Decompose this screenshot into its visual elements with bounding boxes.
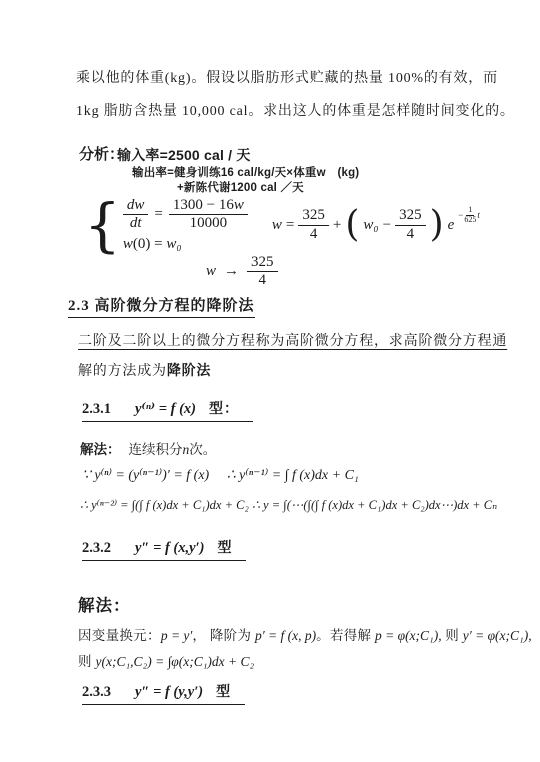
ode-equations: { dw dt = 1300 − 16w 10000 w(0) = w₀ bbox=[84, 196, 480, 254]
exponent: − 1 625 t bbox=[458, 206, 480, 225]
limit-expression: w → 325 4 bbox=[206, 254, 278, 290]
method-2-3-2-label: 解法： bbox=[78, 592, 131, 616]
fraction-325-4b: 325 4 bbox=[395, 207, 426, 243]
section-2-3-1-heading: 2.3.1 y⁽ⁿ⁾ = f (x) 型： bbox=[82, 398, 253, 422]
arrow-icon: → bbox=[224, 263, 239, 280]
analysis-output-rate: 输出率=健身训练16 cal/kg/天×体重w (kg) bbox=[132, 164, 359, 180]
ode-system: { dw dt = 1300 − 16w 10000 w(0) = w₀ bbox=[84, 196, 248, 254]
formula-2-3-1-line-2: ∴ y⁽ⁿ⁻²⁾ = ∫(∫ f (x)dx + C₁)dx + C₂ ∴ y … bbox=[80, 497, 497, 513]
close-paren: ) bbox=[430, 207, 444, 243]
ode-solution: w = 325 4 + ( w₀ − 325 4 ) e − 1 625 bbox=[272, 207, 480, 243]
section-2-3-paragraph: 二阶及二阶以上的微分方程称为高阶微分方程，求高阶微分方程通 解的方法成为降阶法 bbox=[78, 330, 507, 380]
initial-condition: w(0) = w₀ bbox=[123, 236, 182, 253]
method-2-3-2-line-2: 则 y(x;C₁,C₂) = ∫φ(x;C₁)dx + C₂ bbox=[78, 650, 254, 670]
fraction-rhs: 1300 − 16w 10000 bbox=[169, 197, 248, 233]
paragraph-line-1: 二阶及二阶以上的微分方程称为高阶微分方程，求高阶微分方程通 bbox=[78, 330, 507, 350]
method-2-3-1: 解法：连续积分n次。 bbox=[80, 438, 216, 459]
paragraph-line-2: 解的方法成为降阶法 bbox=[78, 360, 507, 380]
fraction-1-625: 1 625 bbox=[464, 206, 476, 225]
analysis-metabolism: +新陈代谢1200 cal ／天 bbox=[177, 179, 304, 195]
section-2-3-2-heading: 2.3.2 y″ = f (x,y′) 型 bbox=[82, 537, 246, 561]
analysis-input-rate: 输入率=2500 cal / 天 bbox=[117, 145, 251, 165]
formula-2-3-1-line-1: ∵ y⁽ⁿ⁾ = (y⁽ⁿ⁻¹⁾)′ = f (x) ∴ y⁽ⁿ⁻¹⁾ = ∫ … bbox=[82, 464, 359, 484]
open-paren: ( bbox=[345, 207, 359, 243]
fraction-limit: 325 4 bbox=[247, 254, 278, 290]
system-brace: { bbox=[84, 196, 121, 254]
fraction-dw-dt: dw dt bbox=[123, 197, 149, 233]
method-2-3-2-line-1: 因变量换元：p = y′， 降阶为 p′ = f (x, p)。若得解 p = … bbox=[78, 624, 532, 644]
intro-line-2: 1kg 脂肪含热量 10,000 cal。求出这人的体重是怎样随时间变化的。 bbox=[76, 95, 515, 128]
intro-paragraph: 乘以他的体重(kg)。假设以脂肪形式贮藏的热量 100%的有效，而 1kg 脂肪… bbox=[76, 62, 515, 128]
section-2-3-3-heading: 2.3.3 y″ = f (y,y′) 型 bbox=[82, 681, 245, 705]
intro-line-1: 乘以他的体重(kg)。假设以脂肪形式贮藏的热量 100%的有效，而 bbox=[76, 62, 515, 95]
fraction-325-4: 325 4 bbox=[298, 207, 329, 243]
document-page: 乘以他的体重(kg)。假设以脂肪形式贮藏的热量 100%的有效，而 1kg 脂肪… bbox=[0, 0, 540, 762]
section-2-3-heading: 2.3 高阶微分方程的降阶法 bbox=[68, 294, 255, 318]
